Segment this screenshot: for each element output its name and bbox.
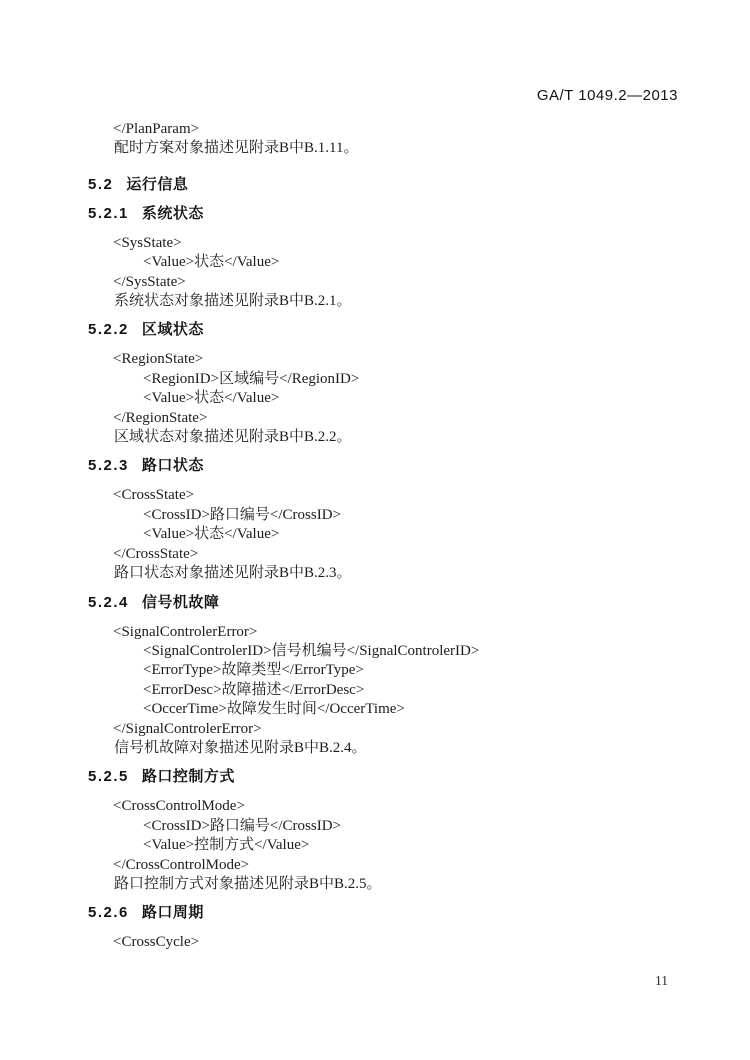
xml-code-block: <SignalControlerError> <SignalControlerI… bbox=[0, 623, 750, 739]
subsection-heading: 5.2.1系统状态 bbox=[0, 204, 750, 224]
xml-code-block: <CrossCycle> bbox=[0, 933, 750, 952]
xml-line: <SignalControlerError> bbox=[0, 623, 750, 642]
xml-line: <CrossState> bbox=[0, 486, 750, 505]
object-description: 信号机故障对象描述见附录B中B.2.4。 bbox=[0, 739, 750, 758]
xml-code-block: <CrossControlMode> <CrossID>路口编号</CrossI… bbox=[0, 797, 750, 875]
xml-line: </PlanParam> bbox=[0, 120, 750, 139]
xml-code-block: <CrossState> <CrossID>路口编号</CrossID> <Va… bbox=[0, 486, 750, 564]
subsection-heading: 5.2.2区域状态 bbox=[0, 320, 750, 340]
object-description: 配时方案对象描述见附录B中B.1.11。 bbox=[0, 139, 750, 158]
subsection-title: 路口控制方式 bbox=[142, 768, 235, 785]
page-number: 11 bbox=[0, 973, 750, 988]
xml-line: <RegionState> bbox=[0, 350, 750, 369]
xml-line: <CrossID>路口编号</CrossID> bbox=[0, 817, 750, 836]
xml-line: <CrossCycle> bbox=[0, 933, 750, 952]
xml-line: <Value>控制方式</Value> bbox=[0, 836, 750, 855]
object-description: 区域状态对象描述见附录B中B.2.2。 bbox=[0, 428, 750, 447]
subsection-heading: 5.2.6路口周期 bbox=[0, 903, 750, 923]
section-heading: 5.2运行信息 bbox=[0, 175, 750, 195]
object-description: 路口状态对象描述见附录B中B.2.3。 bbox=[0, 564, 750, 583]
xml-line: <ErrorType>故障类型</ErrorType> bbox=[0, 661, 750, 680]
document-page: GA/T 1049.2—2013 </PlanParam> 配时方案对象描述见附… bbox=[0, 0, 750, 1060]
subsection-title: 系统状态 bbox=[142, 205, 204, 222]
subsection-heading: 5.2.4信号机故障 bbox=[0, 593, 750, 613]
xml-line: <OccerTime>故障发生时间</OccerTime> bbox=[0, 700, 750, 719]
xml-line: </SignalControlerError> bbox=[0, 720, 750, 739]
subsection-number: 5.2.4 bbox=[88, 594, 129, 611]
subsection-number: 5.2.6 bbox=[88, 904, 129, 921]
subsection-title: 路口状态 bbox=[142, 457, 204, 474]
xml-line: </CrossControlMode> bbox=[0, 856, 750, 875]
subsection-number: 5.2.1 bbox=[88, 205, 129, 222]
subsection-heading: 5.2.5路口控制方式 bbox=[0, 767, 750, 787]
xml-line: <Value>状态</Value> bbox=[0, 389, 750, 408]
subsection-number: 5.2.5 bbox=[88, 768, 129, 785]
xml-line: </RegionState> bbox=[0, 409, 750, 428]
subsection-title: 路口周期 bbox=[142, 904, 204, 921]
standard-number: GA/T 1049.2—2013 bbox=[0, 88, 750, 103]
object-description: 系统状态对象描述见附录B中B.2.1。 bbox=[0, 292, 750, 311]
xml-line: <RegionID>区域编号</RegionID> bbox=[0, 370, 750, 389]
xml-line: <CrossControlMode> bbox=[0, 797, 750, 816]
xml-line: <SysState> bbox=[0, 234, 750, 253]
xml-code-block: <RegionState> <RegionID>区域编号</RegionID> … bbox=[0, 350, 750, 428]
subsection-title: 信号机故障 bbox=[142, 594, 220, 611]
xml-line: <ErrorDesc>故障描述</ErrorDesc> bbox=[0, 681, 750, 700]
subsection-number: 5.2.2 bbox=[88, 321, 129, 338]
xml-line: </SysState> bbox=[0, 273, 750, 292]
xml-line: <CrossID>路口编号</CrossID> bbox=[0, 506, 750, 525]
xml-line: <Value>状态</Value> bbox=[0, 525, 750, 544]
subsection-number: 5.2.3 bbox=[88, 457, 129, 474]
xml-code-block: <SysState> <Value>状态</Value> </SysState> bbox=[0, 234, 750, 292]
xml-code-block: </PlanParam> bbox=[0, 120, 750, 139]
xml-line: <SignalControlerID>信号机编号</SignalControle… bbox=[0, 642, 750, 661]
subsection-title: 区域状态 bbox=[142, 321, 204, 338]
subsection-heading: 5.2.3路口状态 bbox=[0, 456, 750, 476]
xml-line: </CrossState> bbox=[0, 545, 750, 564]
object-description: 路口控制方式对象描述见附录B中B.2.5。 bbox=[0, 875, 750, 894]
section-number: 5.2 bbox=[88, 176, 113, 193]
section-title: 运行信息 bbox=[126, 176, 188, 193]
xml-line: <Value>状态</Value> bbox=[0, 253, 750, 272]
